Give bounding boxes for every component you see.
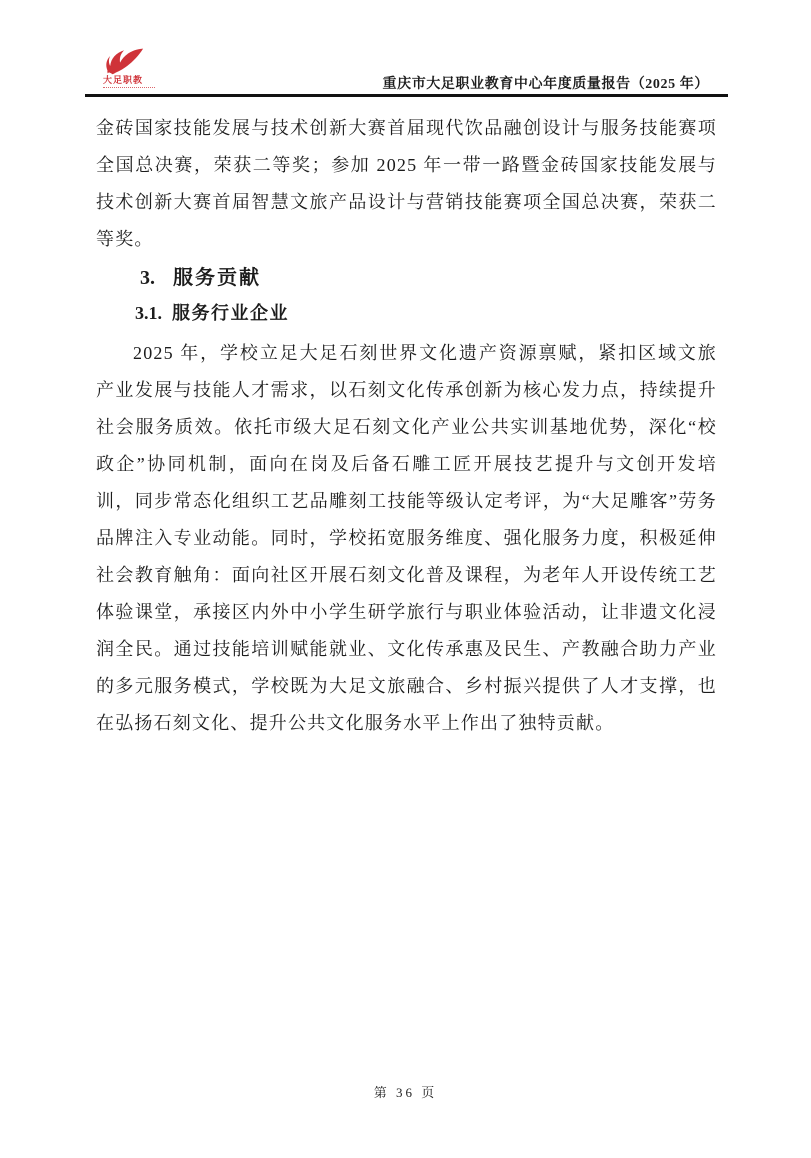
school-logo: 大足职教 bbox=[97, 47, 177, 88]
page-footer: 第 36 页 bbox=[0, 1082, 811, 1101]
section-title: 服务贡献 bbox=[173, 267, 261, 289]
phoenix-bird-icon bbox=[104, 47, 146, 75]
subsection-number: 3.1. bbox=[135, 303, 162, 323]
section-number: 3. bbox=[140, 267, 155, 289]
logo-text: 大足职教 bbox=[103, 75, 177, 85]
section-heading: 3.服务贡献 bbox=[140, 262, 717, 295]
logo-tagline-line bbox=[103, 87, 155, 88]
report-header-title: 重庆市大足职业教育中心年度质量报告（2025 年） bbox=[383, 73, 710, 93]
subsection-title: 服务行业企业 bbox=[172, 303, 289, 323]
page-content: 金砖国家技能发展与技术创新大赛首届现代饮品融创设计与服务技能赛项全国总决赛，荣获… bbox=[96, 110, 717, 742]
document-page: 大足职教 重庆市大足职业教育中心年度质量报告（2025 年） 金砖国家技能发展与… bbox=[0, 0, 811, 1158]
header-divider-rule bbox=[85, 94, 728, 97]
main-paragraph: 2025 年，学校立足大足石刻世界文化遗产资源禀赋，紧扣区域文旅产业发展与技能人… bbox=[96, 335, 717, 742]
subsection-heading: 3.1.服务行业企业 bbox=[135, 298, 717, 328]
page-number: 第 36 页 bbox=[374, 1085, 438, 1100]
intro-paragraph: 金砖国家技能发展与技术创新大赛首届现代饮品融创设计与服务技能赛项全国总决赛，荣获… bbox=[96, 110, 717, 258]
